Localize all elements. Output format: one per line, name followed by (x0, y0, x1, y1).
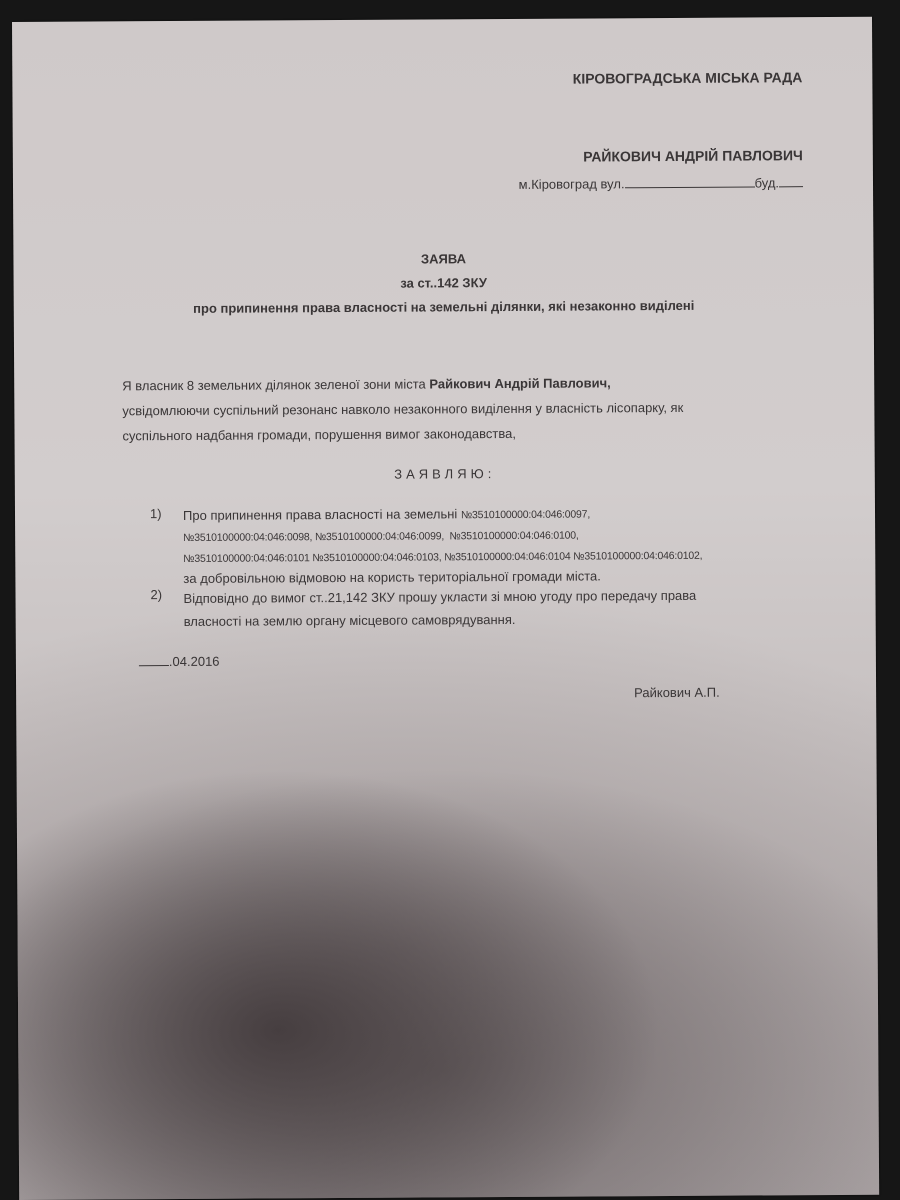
document-heading: ЗАЯВА за ст..142 ЗКУ про припинення прав… (13, 245, 873, 322)
signature: Райкович А.П. (634, 685, 720, 701)
cadastral-number: №3510100000:04:046:0101 (183, 552, 309, 565)
item-number: 2) (150, 587, 162, 602)
intro-name: Райкович Андрій Павлович, (429, 375, 610, 391)
intro-paragraph: Я власник 8 земельних ділянок зеленої зо… (122, 369, 822, 448)
house-blank (779, 174, 803, 187)
item-line1: Відповідно до вимог ст..21,142 ЗКУ прошу… (183, 588, 696, 606)
applicant-name: РАЙКОВИЧ АНДРІЙ ПАВЛОВИЧ (583, 147, 803, 164)
item-number: 1) (150, 506, 162, 521)
cadastral-number: №3510100000:04:046:0099 (315, 530, 441, 543)
intro-line1: Я власник 8 земельних ділянок зеленої зо… (122, 376, 429, 393)
street-blank (625, 174, 755, 188)
declare-heading: ЗАЯВЛЯЮ: (15, 464, 875, 484)
cadastral-number: №3510100000:04:046:0098 (183, 531, 309, 544)
address-prefix: м.Кіровоград вул. (519, 176, 625, 192)
date-text: .04.2016 (169, 654, 220, 669)
item-tail: за добровільною відмовою на користь тери… (183, 568, 601, 586)
document-page: КІРОВОГРАДСЬКА МІСЬКА РАДА РАЙКОВИЧ АНДР… (12, 17, 879, 1200)
cadastral-number: №3510100000:04:046:0100 (449, 530, 575, 543)
document-subject: про припинення права власності на земель… (14, 293, 874, 322)
day-blank (139, 653, 169, 666)
addressee: КІРОВОГРАДСЬКА МІСЬКА РАДА (573, 69, 803, 86)
cadastral-number: №3510100000:04:046:0097 (461, 508, 587, 521)
cadastral-number: №3510100000:04:046:0104 (444, 551, 570, 564)
date-line: .04.2016 (139, 653, 220, 669)
list-item: 1) Про припинення права власності на зем… (150, 502, 830, 589)
list-item: 2) Відповідно до вимог ст..21,142 ЗКУ пр… (150, 583, 830, 633)
house-label: буд. (755, 175, 780, 190)
item-lead: Про припинення права власності на земель… (183, 506, 461, 523)
intro-line3: суспільного надбання громади, порушення … (122, 419, 822, 448)
item-line2: власності на землю органу місцевого само… (184, 612, 516, 629)
cadastral-number: №3510100000:04:046:0102 (573, 550, 699, 563)
applicant-address: м.Кіровоград вул.буд. (519, 174, 803, 192)
cadastral-number: №3510100000:04:046:0103 (312, 551, 438, 564)
